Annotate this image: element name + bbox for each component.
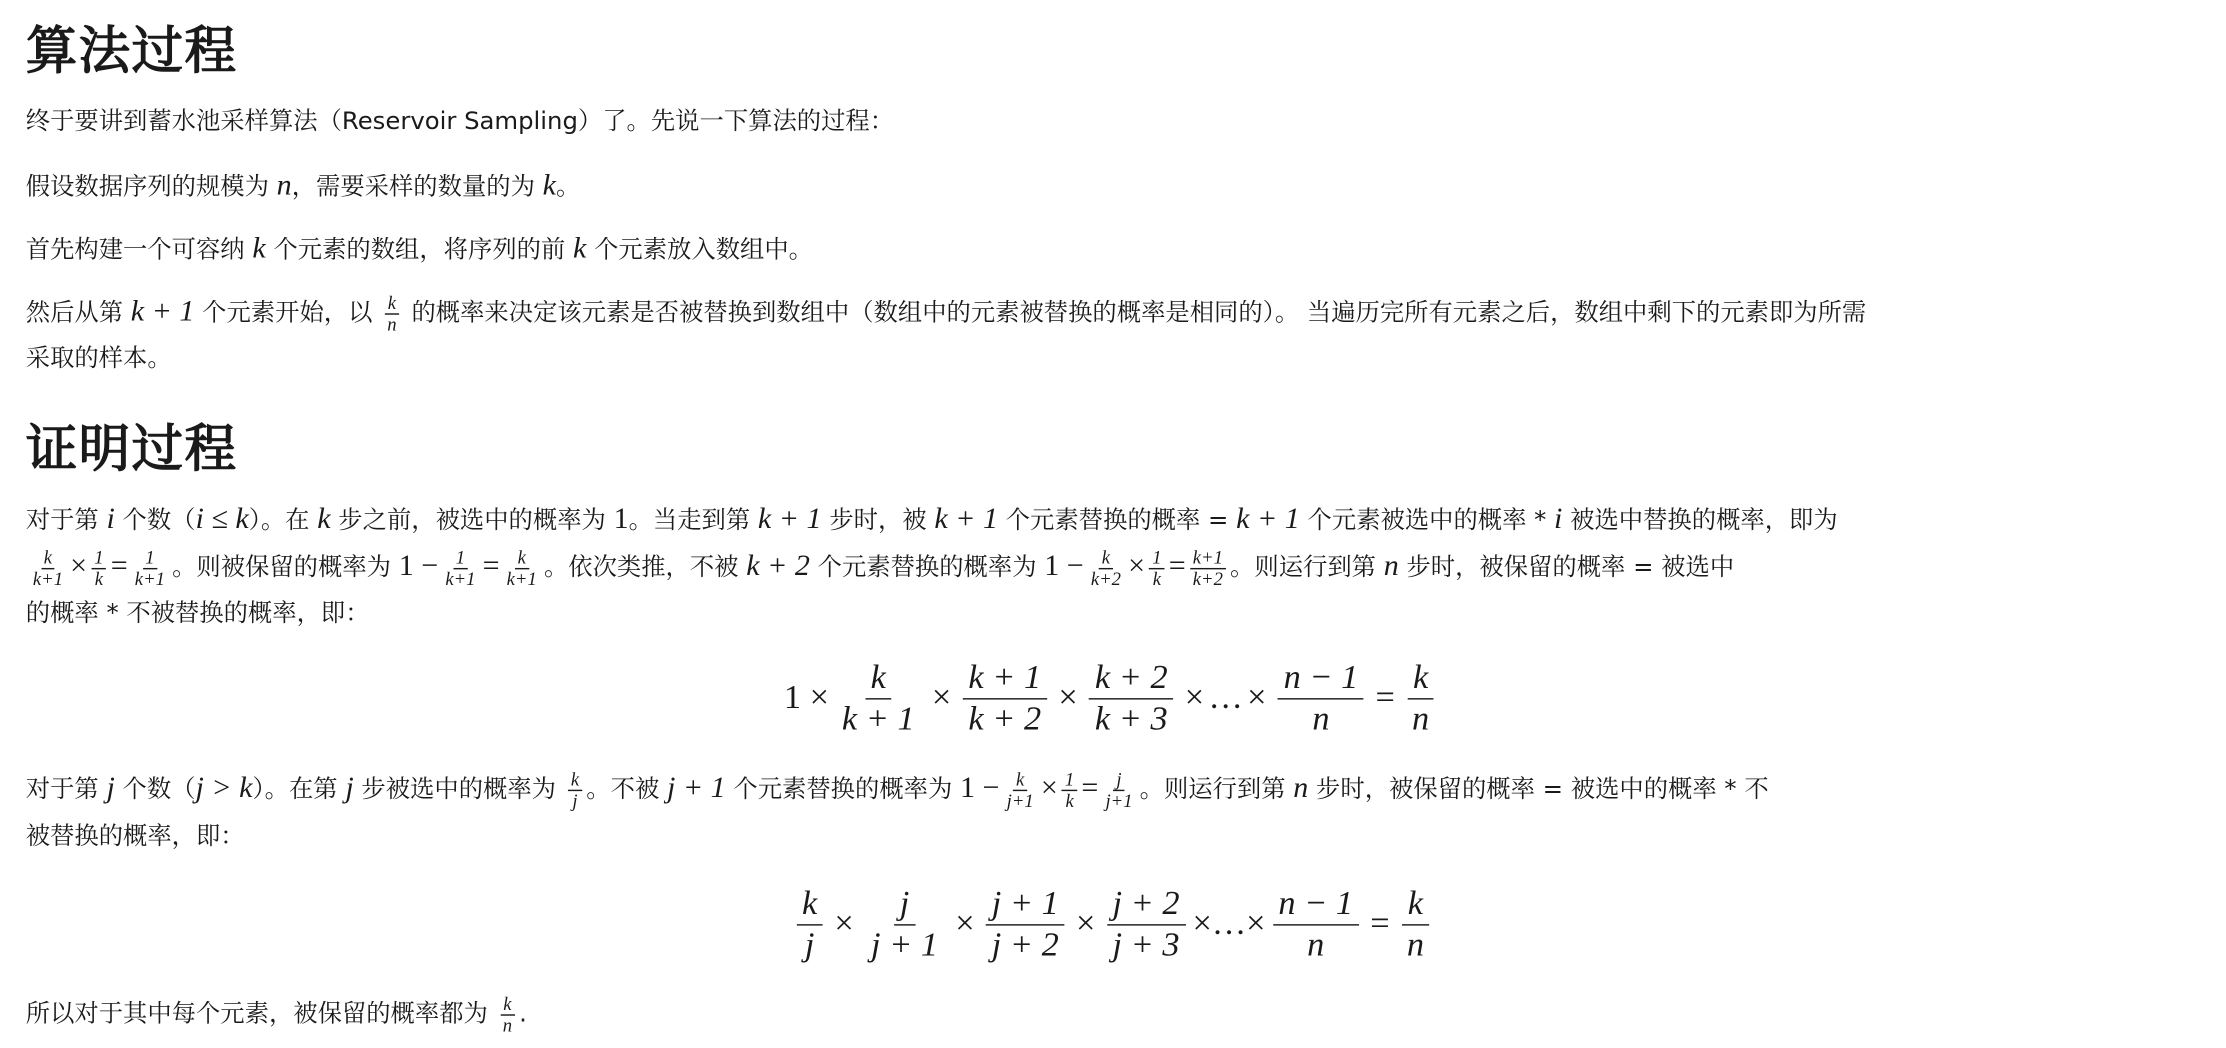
- math-i-leq-k: i ≤ k: [196, 501, 249, 535]
- fraction: n − 1n: [1273, 883, 1359, 965]
- text: 个元素开始，以: [194, 299, 380, 328]
- numerator: 1: [453, 547, 468, 568]
- proof-j-line-1: 对于第 j 个数（j > k）。在第 j 步被选中的概率为 kj。不被 j + …: [26, 763, 2201, 815]
- paragraph-replace: 然后从第 k + 1 个元素开始，以 kn 的概率来决定该元素是否被替换到数组中…: [26, 286, 2201, 338]
- denominator: k+2: [1088, 569, 1124, 589]
- denominator: k: [92, 569, 106, 589]
- numerator: k: [41, 547, 55, 568]
- times-op: ×: [1192, 905, 1211, 944]
- fraction: 1k: [91, 547, 106, 588]
- math-k-plus-1: k + 1: [1236, 501, 1300, 535]
- numerator: n − 1: [1273, 883, 1359, 924]
- equals-op: =: [1370, 905, 1389, 944]
- numerator: 1: [142, 547, 157, 568]
- text: 步时，被保留的概率 = 被选中的概率 * 不: [1308, 775, 1768, 804]
- text: 步之前，被选中的概率为: [331, 506, 614, 535]
- text: 个数（: [115, 506, 196, 535]
- numerator: k + 2: [1089, 657, 1173, 698]
- fraction-k-over-n: kn: [500, 994, 515, 1035]
- fraction: 1k+1: [442, 547, 478, 588]
- paragraph-replace-cont: 采取的样本。: [26, 335, 2201, 384]
- equals-op: =: [1375, 679, 1394, 718]
- fraction: 1k+1: [132, 547, 168, 588]
- denominator: j: [799, 925, 820, 965]
- fraction: kk+1: [504, 547, 540, 588]
- ellipsis: …: [1208, 679, 1242, 718]
- denominator: j+1: [1103, 790, 1136, 810]
- denominator: k+2: [1190, 569, 1226, 589]
- numerator: j + 2: [1107, 883, 1186, 924]
- denominator: n: [384, 314, 399, 334]
- denominator: n: [500, 1015, 515, 1035]
- math-j-gt-k: j > k: [196, 770, 253, 804]
- denominator: k + 2: [963, 699, 1047, 739]
- denominator: j + 3: [1107, 925, 1186, 965]
- fraction: jj+1: [1103, 769, 1136, 810]
- text: 。则运行到第: [1230, 554, 1384, 583]
- times-op: ×: [70, 548, 87, 582]
- numerator: 1: [91, 547, 106, 568]
- heading-proof: 证明过程: [26, 409, 238, 482]
- equation-case-i: 1 × kk + 1 × k + 1k + 2 × k + 2k + 3 × ……: [0, 655, 2226, 741]
- text: 步时，被: [822, 506, 935, 535]
- paragraph-assumption: 假设数据序列的规模为 n，需要采样的数量的为 k。: [26, 160, 2201, 212]
- text: 个元素替换的概率 =: [998, 506, 1236, 535]
- text: 。依次类推，不被: [544, 554, 746, 583]
- numerator: k: [515, 547, 529, 568]
- times-op: ×: [1058, 679, 1077, 718]
- paragraph-intro: 终于要讲到蓄水池采样算法（Reservoir Sampling）了。先说一下算法…: [26, 97, 2201, 146]
- denominator: j + 1: [865, 925, 944, 965]
- math-k: k: [252, 230, 265, 264]
- math-n: n: [1293, 770, 1308, 804]
- text: ）。在: [249, 506, 318, 535]
- fraction: n − 1n: [1278, 657, 1364, 739]
- text: 对于第: [26, 506, 107, 535]
- numerator: k: [1099, 547, 1113, 568]
- numerator: k+1: [1190, 547, 1226, 568]
- fraction: kj: [796, 883, 823, 965]
- text: 对于第: [26, 775, 107, 804]
- math-k: k: [573, 230, 586, 264]
- text: 。不被: [586, 775, 667, 804]
- math-one: 1: [614, 501, 629, 535]
- text: 步时，被保留的概率 = 被选中: [1399, 554, 1734, 583]
- math-i: i: [1554, 501, 1562, 535]
- numerator: k: [796, 883, 823, 924]
- text: .: [519, 1000, 527, 1029]
- fraction: j + 2j + 3: [1107, 883, 1186, 965]
- text: 的概率来决定该元素是否被替换到数组中（数组中的元素被替换的概率是相同的）。 当遍…: [404, 299, 1867, 328]
- math-k: k: [317, 501, 330, 535]
- numerator: 1: [1062, 769, 1077, 790]
- text: 个元素放入数组中。: [586, 236, 813, 265]
- text: 个元素的数组，将序列的前: [266, 236, 573, 265]
- math-one-minus: 1 −: [399, 548, 438, 582]
- fraction: kj+1: [1004, 769, 1037, 810]
- numerator: k: [385, 293, 399, 314]
- proof-line-3: 的概率 * 不被替换的概率，即：: [26, 589, 2201, 638]
- paragraph-build-array: 首先构建一个可容纳 k 个元素的数组，将序列的前 k 个元素放入数组中。: [26, 223, 2201, 275]
- equals-op: =: [483, 548, 500, 582]
- article: 算法过程 终于要讲到蓄水池采样算法（Reservoir Sampling）了。先…: [0, 0, 2226, 1047]
- text: 步被选中的概率为: [354, 775, 564, 804]
- fraction: j + 1j + 2: [986, 883, 1065, 965]
- times-op: ×: [955, 905, 974, 944]
- math-k-plus-1: k + 1: [131, 293, 195, 327]
- proof-line-2: kk+1×1k=1k+1。则被保留的概率为 1 −1k+1=kk+1。依次类推，…: [26, 541, 2201, 593]
- times-op: ×: [1076, 905, 1095, 944]
- text: ，需要采样的数量的为: [292, 173, 543, 202]
- math-k-plus-1: k + 1: [758, 501, 822, 535]
- fraction: kk + 1: [836, 657, 920, 739]
- proof-j-line-2: 被替换的概率，即：: [26, 813, 2201, 862]
- denominator: k: [1150, 569, 1164, 589]
- math-one-minus: 1 −: [960, 770, 999, 804]
- times-op: ×: [834, 905, 853, 944]
- denominator: k+1: [132, 569, 168, 589]
- equals-op: =: [1081, 770, 1098, 804]
- fraction: k + 2k + 3: [1089, 657, 1173, 739]
- text: 。: [556, 173, 580, 202]
- denominator: k + 1: [836, 699, 920, 739]
- math-k-plus-2: k + 2: [746, 548, 810, 582]
- fraction: kj: [568, 769, 582, 810]
- text: 所以对于其中每个元素，被保留的概率都为: [26, 1000, 496, 1029]
- text: ）。在第: [252, 775, 345, 804]
- equation-case-j: kj × jj + 1 × j + 1j + 2 × j + 2j + 3 × …: [0, 881, 2226, 967]
- fraction: k + 1k + 2: [963, 657, 1047, 739]
- denominator: k: [1063, 790, 1077, 810]
- denominator: k+1: [442, 569, 478, 589]
- text: 。则运行到第: [1140, 775, 1294, 804]
- text: 首先构建一个可容纳: [26, 236, 253, 265]
- denominator: k + 3: [1089, 699, 1173, 739]
- text: 个数（: [115, 775, 196, 804]
- heading-algorithm: 算法过程: [26, 11, 238, 84]
- denominator: n: [1401, 925, 1430, 965]
- denominator: j+1: [1004, 790, 1037, 810]
- times-op: ×: [932, 679, 951, 718]
- numerator: k: [865, 657, 892, 698]
- times-op: ×: [1041, 770, 1058, 804]
- times-op: ×: [1247, 679, 1266, 718]
- numerator: k + 1: [963, 657, 1047, 698]
- math-j-plus-1: j + 1: [667, 770, 726, 804]
- ellipsis: …: [1212, 905, 1246, 944]
- fraction: kn: [1401, 883, 1430, 965]
- denominator: n: [1406, 699, 1435, 739]
- fraction: 1k: [1062, 769, 1077, 810]
- denominator: n: [1307, 699, 1336, 739]
- text: 被选中替换的概率，即为: [1562, 506, 1837, 535]
- math-one-minus: 1 −: [1044, 548, 1083, 582]
- text: 。则被保留的概率为: [172, 554, 399, 583]
- times-op: ×: [1246, 905, 1265, 944]
- text: 。当走到第: [629, 506, 758, 535]
- proof-line-1: 对于第 i 个数（i ≤ k）。在 k 步之前，被选中的概率为 1。当走到第 k…: [26, 494, 2201, 546]
- equals-op: =: [1169, 548, 1186, 582]
- denominator: k+1: [30, 569, 66, 589]
- numerator: j: [894, 883, 915, 924]
- numerator: j: [1114, 769, 1125, 790]
- fraction: 1k: [1149, 547, 1164, 588]
- fraction: kk+2: [1088, 547, 1124, 588]
- text: 假设数据序列的规模为: [26, 173, 277, 202]
- math-one-times: 1 ×: [784, 679, 829, 718]
- text: 个元素被选中的概率 *: [1300, 506, 1554, 535]
- fraction: kk+1: [30, 547, 66, 588]
- equals-op: =: [111, 548, 128, 582]
- conclusion: 所以对于其中每个元素，被保留的概率都为 kn.: [26, 990, 2201, 1039]
- times-op: ×: [1128, 548, 1145, 582]
- math-k-plus-1: k + 1: [934, 501, 998, 535]
- text: 个元素替换的概率为: [726, 775, 960, 804]
- times-op: ×: [1185, 679, 1204, 718]
- math-n: n: [277, 167, 292, 201]
- numerator: k: [1013, 769, 1027, 790]
- numerator: k: [1407, 657, 1434, 698]
- fraction: kn: [1406, 657, 1435, 739]
- numerator: n − 1: [1278, 657, 1364, 698]
- numerator: k: [1402, 883, 1429, 924]
- fraction: jj + 1: [865, 883, 944, 965]
- denominator: n: [1301, 925, 1330, 965]
- denominator: j: [570, 790, 581, 810]
- numerator: k: [500, 994, 514, 1015]
- math-k: k: [543, 167, 556, 201]
- fraction: k+1k+2: [1190, 547, 1226, 588]
- text: 然后从第: [26, 299, 131, 328]
- denominator: k+1: [504, 569, 540, 589]
- numerator: 1: [1149, 547, 1164, 568]
- numerator: j + 1: [986, 883, 1065, 924]
- math-n: n: [1384, 548, 1399, 582]
- numerator: k: [568, 769, 582, 790]
- denominator: j + 2: [986, 925, 1065, 965]
- fraction-k-over-n: kn: [384, 293, 399, 334]
- text: 个元素替换的概率为: [810, 554, 1044, 583]
